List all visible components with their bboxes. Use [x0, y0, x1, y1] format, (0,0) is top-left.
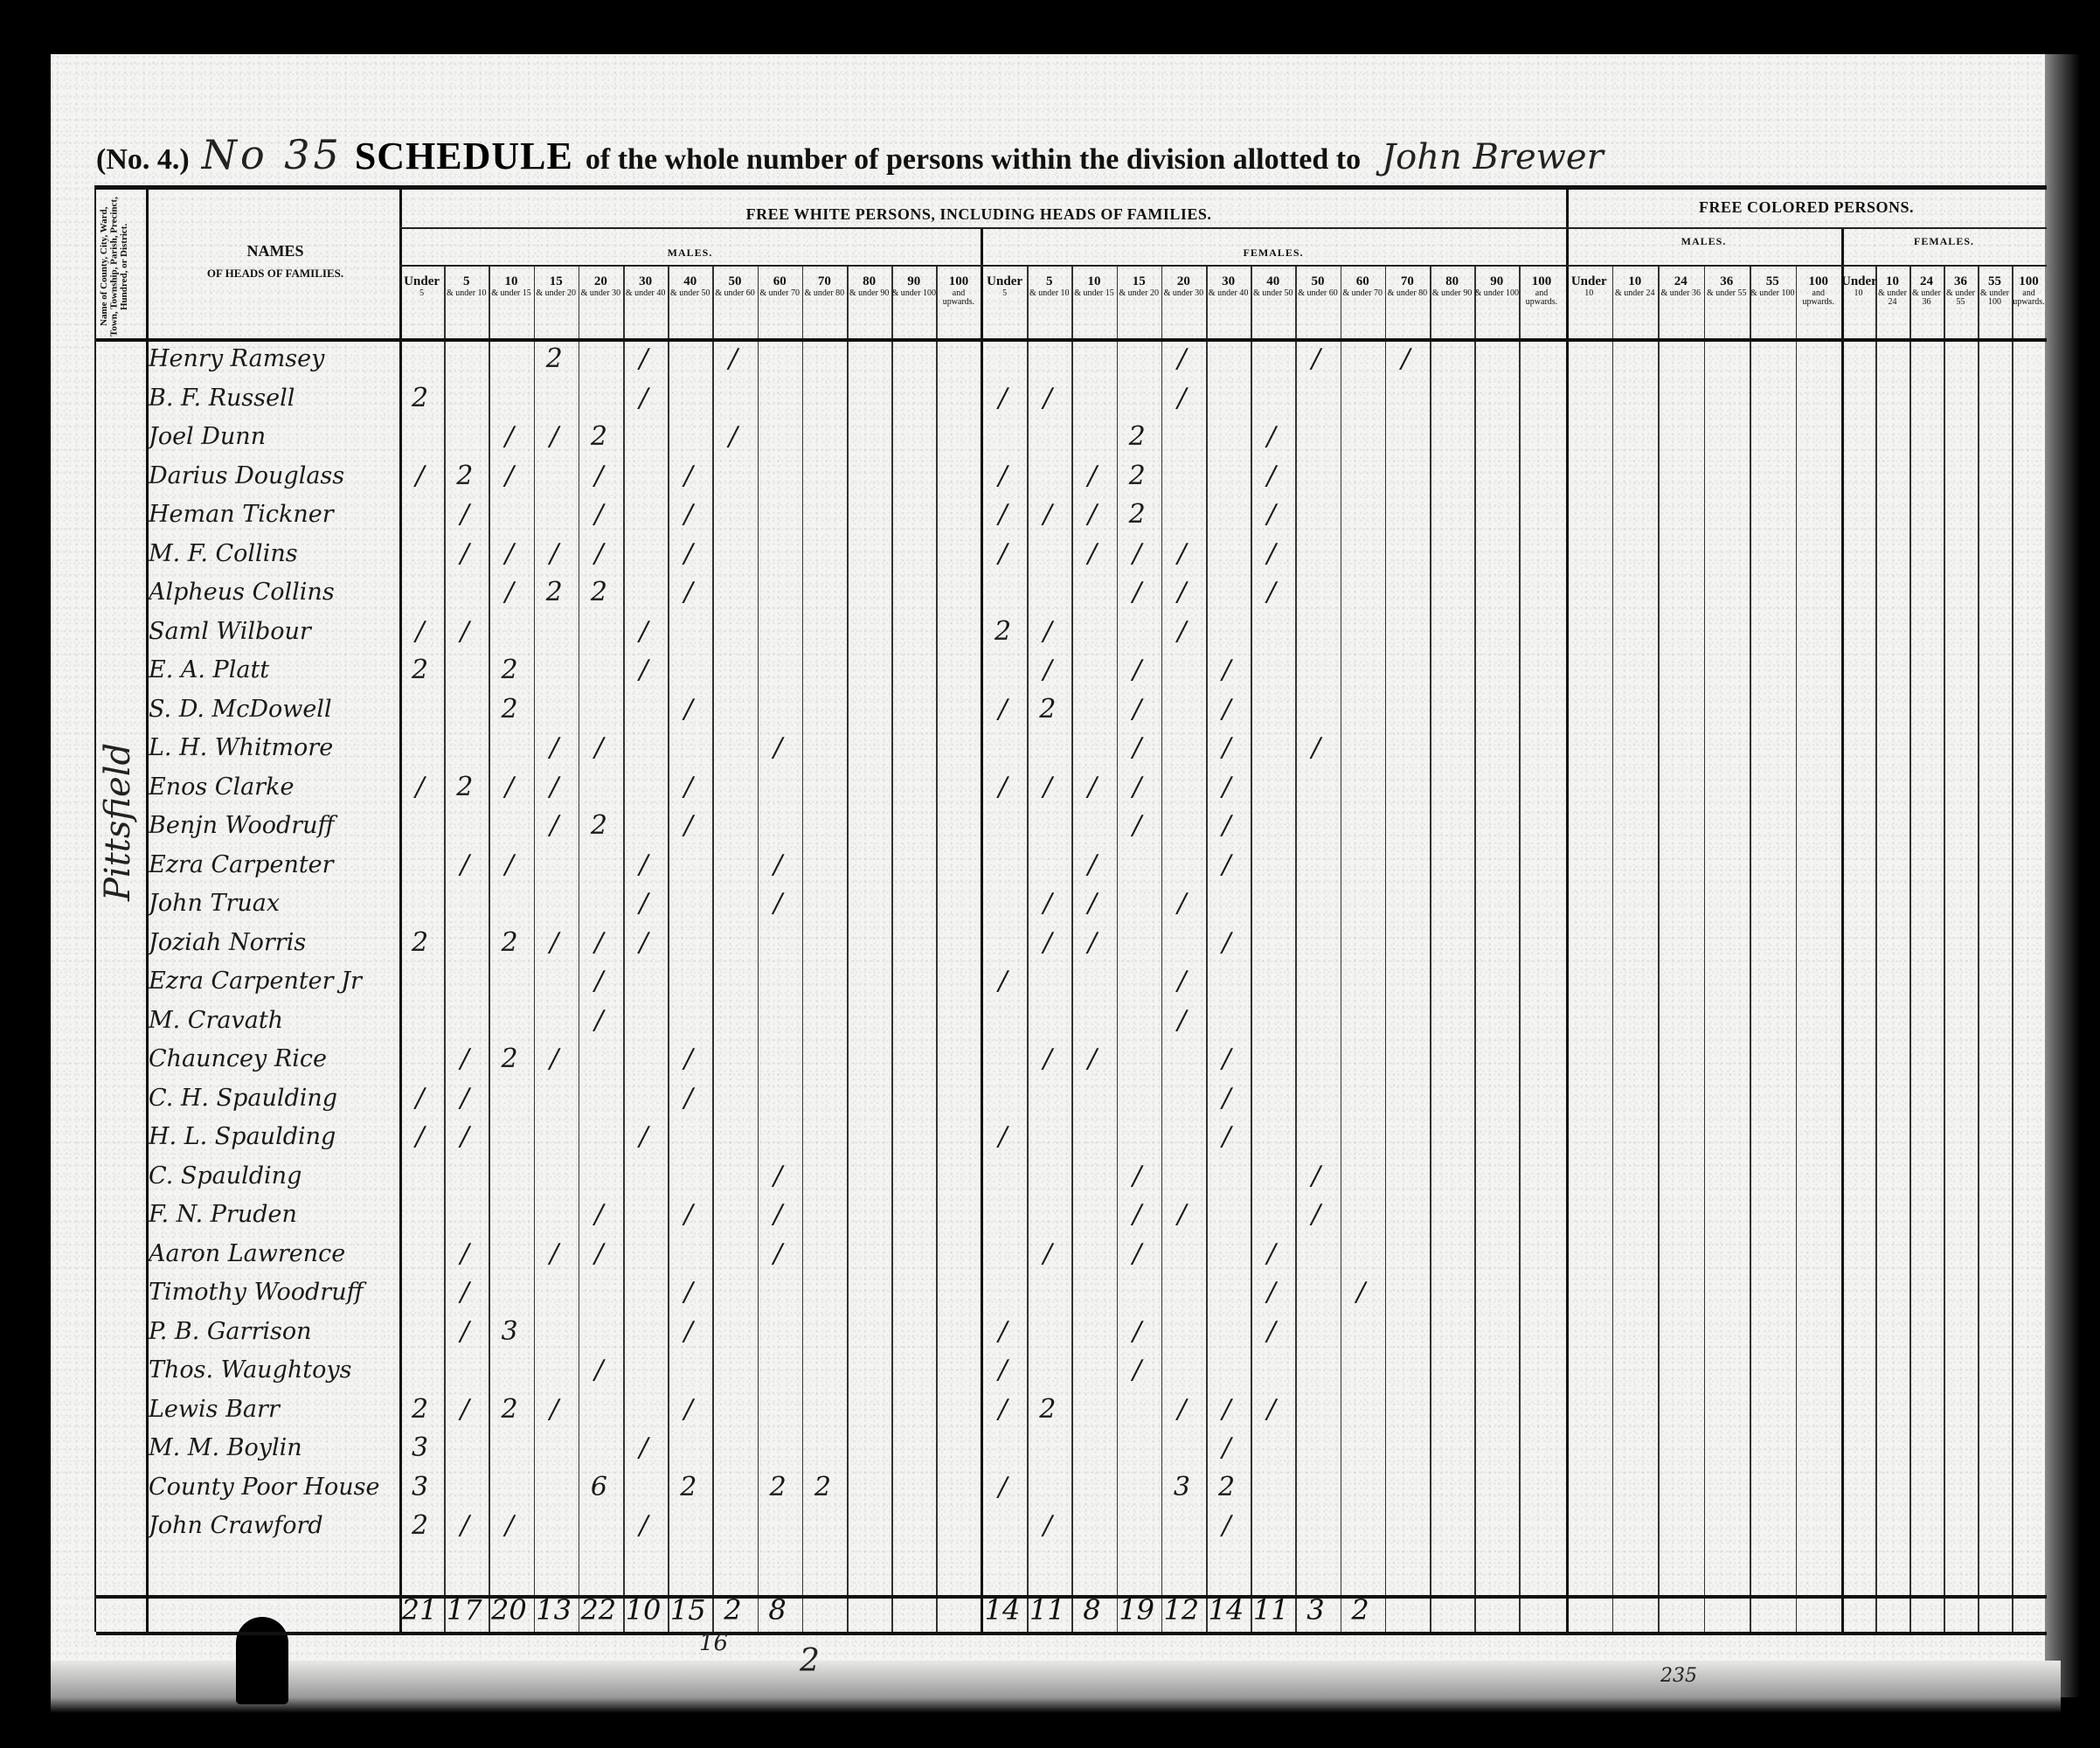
white-male-count: /: [621, 1508, 666, 1544]
white-female-age-column-header: 100and upwards.: [1519, 275, 1563, 308]
white-female-total: 8: [1070, 1592, 1113, 1627]
white-female-age-column-header: 15& under 20: [1117, 275, 1161, 298]
white-female-count: /: [1249, 419, 1293, 455]
white-male-count: /: [621, 1430, 666, 1467]
white-female-count: /: [1070, 536, 1114, 572]
white-male-age-column-header: 20& under 30: [579, 275, 623, 298]
white-male-count: /: [442, 1508, 487, 1544]
white-male-count: 6: [577, 1469, 621, 1506]
white-female-count: /: [1204, 847, 1249, 884]
handwritten-page-number: No 35: [202, 131, 343, 178]
white-female-total: 3: [1293, 1592, 1337, 1627]
white-female-count: /: [1204, 925, 1249, 961]
white-male-count: /: [756, 730, 800, 766]
white-male-count: /: [577, 730, 621, 766]
white-male-count: 2: [577, 419, 621, 455]
white-male-count: /: [710, 419, 755, 455]
column-rule: [1295, 265, 1297, 1632]
white-female-count: /: [1204, 769, 1249, 806]
age-range-end: & under 40: [623, 289, 668, 299]
white-female-count: /: [1025, 1041, 1070, 1078]
white-female-count: /: [1115, 1197, 1160, 1233]
white-female-count: /: [1204, 652, 1249, 689]
age-range-start: 20: [1161, 275, 1206, 289]
head-of-family-name: Thos. Waughtoys: [149, 1352, 398, 1389]
white-male-count: /: [442, 1314, 487, 1350]
white-female-count: /: [1160, 574, 1204, 611]
white-male-count: /: [621, 847, 666, 884]
white-female-count: /: [1383, 341, 1428, 378]
white-male-age-column-header: 10& under 15: [489, 275, 533, 298]
white-female-total: 12: [1160, 1592, 1203, 1627]
white-female-count: /: [1115, 691, 1160, 728]
place-column-header: Name of County, City, Ward, Town, Townsh…: [100, 197, 143, 336]
white-female-age-column-header: 30& under 40: [1206, 275, 1251, 298]
free-white-header: FREE WHITE PERSONS, INCLUDING HEADS OF F…: [402, 205, 1556, 224]
age-range-start: 36: [1944, 275, 1978, 289]
white-male-count: /: [577, 458, 621, 495]
white-male-count: /: [756, 847, 800, 884]
white-female-count: /: [1160, 1197, 1204, 1233]
column-rule: [1566, 190, 1569, 1632]
white-male-count: /: [666, 574, 710, 611]
white-female-count: 2: [981, 614, 1025, 650]
white-male-count: 2: [532, 574, 577, 611]
head-of-family-name: Timothy Woodruff: [149, 1274, 398, 1311]
white-male-count: 2: [398, 652, 442, 689]
age-range-end: and upwards.: [936, 289, 981, 308]
head-of-family-name: S. D. McDowell: [149, 691, 398, 728]
white-female-count: /: [1160, 614, 1204, 650]
white-male-age-column-header: Under5: [399, 275, 444, 298]
colored-male-age-column-header: 10& under 24: [1612, 275, 1659, 298]
schedule-heading: SCHEDULE: [355, 134, 573, 178]
white-male-count: /: [621, 925, 666, 961]
white-male-count: 3: [487, 1314, 531, 1350]
age-range-end: 10: [1841, 289, 1875, 299]
white-female-count: /: [1204, 1080, 1249, 1117]
head-of-family-name: P. B. Garrison: [149, 1314, 398, 1350]
white-male-count: 3: [398, 1469, 442, 1506]
head-of-family-name: M. Cravath: [149, 1002, 398, 1039]
white-male-total: 8: [756, 1592, 800, 1627]
age-range-end: & under 90: [1430, 289, 1474, 299]
column-rule: [1978, 265, 1979, 1632]
age-range-end: & under 100: [891, 289, 936, 299]
white-male-age-column-header: 40& under 50: [668, 275, 712, 298]
age-range-start: 20: [579, 275, 623, 289]
white-female-count: /: [1339, 1274, 1383, 1311]
white-male-count: /: [577, 925, 621, 961]
white-female-count: 2: [1204, 1469, 1249, 1506]
white-male-count: /: [532, 808, 577, 844]
age-range-end: & under 40: [1206, 289, 1251, 299]
white-male-count: /: [532, 1391, 577, 1428]
white-male-age-column-header: 30& under 40: [623, 275, 668, 298]
age-range-start: 5: [1027, 275, 1071, 289]
white-male-count: /: [398, 458, 442, 495]
schedule-title: (No. 4.) No 35 SCHEDULE of the whole num…: [96, 131, 2019, 184]
white-male-count: /: [756, 1236, 800, 1273]
white-female-count: /: [1115, 536, 1160, 572]
white-male-count: /: [532, 1236, 577, 1273]
age-range-start: 100: [2012, 275, 2046, 289]
white-male-age-column-header: 5& under 10: [444, 275, 489, 298]
white-female-age-column-header: 90& under 100: [1474, 275, 1519, 298]
head-of-family-name: Ezra Carpenter: [149, 847, 398, 884]
white-female-count: /: [1025, 1236, 1070, 1273]
white-male-count: /: [442, 1274, 487, 1311]
white-male-count: /: [398, 769, 442, 806]
age-range-end: & under 30: [579, 289, 623, 299]
head-of-family-name: M. F. Collins: [149, 536, 398, 572]
age-range-end: & under 24: [1612, 289, 1659, 299]
colored-male-age-column-header: 100and upwards.: [1796, 275, 1842, 308]
white-male-count: /: [487, 1508, 531, 1544]
colored-female-age-column-header: 55& under 100: [1978, 275, 2012, 308]
white-male-count: 2: [487, 1391, 531, 1428]
column-note: 16: [699, 1630, 728, 1656]
row-rule: [96, 1632, 2047, 1635]
head-of-family-name: Aaron Lawrence: [149, 1236, 398, 1273]
white-male-count: /: [442, 1041, 487, 1078]
white-male-count: /: [621, 885, 666, 922]
white-female-age-column-header: 50& under 60: [1295, 275, 1340, 298]
column-rule: [758, 265, 759, 1632]
white-female-age-column-header: 70& under 80: [1385, 275, 1430, 298]
white-female-total: 11: [1249, 1592, 1293, 1627]
white-female-count: /: [1115, 1158, 1160, 1195]
column-rule: [1341, 265, 1342, 1632]
white-female-count: /: [1070, 1041, 1114, 1078]
head-of-family-name: F. N. Pruden: [149, 1197, 398, 1233]
age-range-start: 36: [1704, 275, 1750, 289]
white-male-total: 2: [710, 1592, 754, 1627]
white-male-count: 2: [398, 380, 442, 417]
white-female-count: /: [1204, 691, 1249, 728]
head-of-family-name: Lewis Barr: [149, 1391, 398, 1428]
white-male-count: /: [532, 925, 577, 961]
age-range-start: Under: [399, 275, 444, 289]
white-female-count: 2: [1025, 1391, 1070, 1428]
age-range-end: & under 36: [1658, 289, 1704, 299]
white-female-count: /: [1115, 1314, 1160, 1350]
white-female-age-column-header: Under5: [982, 275, 1027, 298]
white-male-count: /: [532, 1041, 577, 1078]
white-female-count: 2: [1115, 419, 1160, 455]
age-range-start: 90: [891, 275, 936, 289]
white-male-total: 21: [398, 1592, 441, 1627]
head-of-family-name: County Poor House: [149, 1469, 398, 1506]
head-of-family-name: H. L. Spaulding: [149, 1119, 398, 1155]
white-male-count: /: [532, 769, 577, 806]
colored-male-age-column-header: 24& under 36: [1658, 275, 1704, 298]
age-range-end: & under 10: [444, 289, 489, 299]
white-female-count: /: [1160, 536, 1204, 572]
white-female-count: /: [1070, 847, 1114, 884]
age-range-start: 60: [1341, 275, 1385, 289]
column-rule: [1704, 265, 1706, 1632]
white-female-count: /: [981, 458, 1025, 495]
age-range-start: 55: [1978, 275, 2012, 289]
white-female-count: /: [1025, 885, 1070, 922]
white-female-count: /: [1204, 1041, 1249, 1078]
white-female-age-column-header: 40& under 50: [1251, 275, 1295, 298]
age-range-start: 80: [847, 275, 891, 289]
white-female-count: /: [1249, 574, 1293, 611]
head-of-family-name: E. A. Platt: [149, 652, 398, 689]
colored-female-age-column-header: Under10: [1841, 275, 1875, 298]
white-male-count: /: [487, 419, 531, 455]
white-female-total: 19: [1115, 1592, 1159, 1627]
age-range-end: 10: [1566, 289, 1612, 299]
row-rule: [399, 227, 2047, 229]
age-range-end: & under 100: [1474, 289, 1519, 299]
white-female-count: /: [1115, 730, 1160, 766]
white-female-count: /: [1160, 1391, 1204, 1428]
age-range-start: 24: [1658, 275, 1704, 289]
age-range-end: & under 100: [1978, 289, 2012, 308]
age-range-end: & under 55: [1944, 289, 1978, 308]
age-range-end: & under 50: [1251, 289, 1295, 299]
white-male-count: /: [621, 341, 666, 378]
white-male-count: 3: [398, 1430, 442, 1467]
column-rule: [1430, 265, 1431, 1632]
white-male-age-column-header: 90& under 100: [891, 275, 936, 298]
age-range-start: 70: [1385, 275, 1430, 289]
white-male-age-column-header: 100and upwards.: [936, 275, 981, 308]
white-female-count: /: [1115, 652, 1160, 689]
age-range-start: 40: [668, 275, 712, 289]
white-female-age-column-header: 5& under 10: [1027, 275, 1071, 298]
white-male-total: 15: [666, 1592, 710, 1627]
white-male-count: /: [442, 1119, 487, 1155]
head-of-family-name: B. F. Russell: [149, 380, 398, 417]
white-female-count: /: [1025, 380, 1070, 417]
white-female-count: /: [981, 536, 1025, 572]
white-female-count: /: [1070, 769, 1114, 806]
age-range-end: & under 20: [1117, 289, 1161, 299]
age-range-end: & under 90: [847, 289, 891, 299]
white-female-age-column-header: 20& under 30: [1161, 275, 1206, 298]
white-female-count: /: [1160, 1002, 1204, 1039]
white-male-count: /: [577, 536, 621, 572]
column-rule: [2012, 265, 2013, 1632]
white-male-count: /: [577, 963, 621, 1000]
white-male-count: /: [756, 1197, 800, 1233]
age-range-end: & under 60: [1295, 289, 1340, 299]
head-of-family-name: Chauncey Rice: [149, 1041, 398, 1078]
white-female-count: /: [1204, 730, 1249, 766]
age-range-end: & under 20: [534, 289, 579, 299]
white-female-count: /: [1293, 1197, 1338, 1233]
white-male-age-column-header: 80& under 90: [847, 275, 891, 298]
age-range-start: 15: [1117, 275, 1161, 289]
column-rule: [891, 265, 893, 1632]
age-range-end: and upwards.: [1519, 289, 1563, 308]
column-rule: [1474, 265, 1476, 1632]
age-range-end: & under 10: [1027, 289, 1071, 299]
age-range-start: 50: [712, 275, 757, 289]
column-rule: [712, 265, 714, 1632]
age-range-start: 30: [623, 275, 668, 289]
white-female-count: /: [981, 1391, 1025, 1428]
age-range-start: Under: [1841, 275, 1875, 289]
white-female-count: /: [1204, 1119, 1249, 1155]
names-header: NAMES: [157, 242, 393, 260]
column-rule: [802, 265, 804, 1632]
white-female-count: /: [1025, 1508, 1070, 1544]
head-of-family-name: Ezra Carpenter Jr: [149, 963, 398, 1000]
age-range-start: 24: [1909, 275, 1944, 289]
white-females-header: FEMALES.: [981, 246, 1566, 260]
white-female-count: /: [1070, 496, 1114, 533]
white-female-count: /: [1249, 1391, 1293, 1428]
age-range-start: 10: [1875, 275, 1909, 289]
white-male-count: /: [442, 496, 487, 533]
white-female-count: /: [981, 1352, 1025, 1389]
white-male-count: 2: [532, 341, 577, 378]
colored-male-age-column-header: Under10: [1566, 275, 1612, 298]
white-male-count: /: [666, 808, 710, 844]
white-male-count: /: [756, 885, 800, 922]
age-range-end: and upwards.: [1796, 289, 1842, 308]
white-male-count: /: [442, 1391, 487, 1428]
white-male-count: /: [442, 847, 487, 884]
white-female-count: /: [1293, 341, 1338, 378]
white-female-count: /: [981, 1119, 1025, 1155]
white-male-count: /: [577, 1352, 621, 1389]
free-colored-header: FREE COLORED PERSONS.: [1566, 198, 2047, 217]
white-female-total: 11: [1025, 1592, 1069, 1627]
age-range-end: & under 70: [1341, 289, 1385, 299]
white-male-count: /: [577, 1236, 621, 1273]
white-female-count: /: [1293, 1158, 1338, 1195]
white-male-count: 2: [442, 458, 487, 495]
white-female-count: /: [1160, 885, 1204, 922]
column-rule: [1944, 265, 1945, 1632]
white-male-count: /: [621, 614, 666, 650]
age-range-start: 100: [1519, 275, 1563, 289]
age-range-start: 55: [1750, 275, 1796, 289]
white-female-count: 2: [1025, 691, 1070, 728]
white-female-count: /: [1070, 885, 1114, 922]
white-male-total: 13: [532, 1592, 576, 1627]
white-male-count: /: [487, 574, 531, 611]
white-male-count: /: [666, 1314, 710, 1350]
white-female-count: /: [1204, 1430, 1249, 1467]
column-rule: [1612, 265, 1614, 1632]
white-males-header: MALES.: [399, 246, 981, 260]
white-male-total: 17: [442, 1592, 486, 1627]
white-male-count: /: [756, 1158, 800, 1195]
white-female-total: 2: [1339, 1592, 1383, 1627]
age-range-start: 80: [1430, 275, 1474, 289]
head-of-family-name: C. H. Spaulding: [149, 1080, 398, 1117]
white-male-count: 2: [800, 1469, 845, 1506]
head-of-family-name: C. Spaulding: [149, 1158, 398, 1195]
white-male-count: /: [532, 536, 577, 572]
white-male-count: 2: [398, 925, 442, 961]
white-male-age-column-header: 15& under 20: [534, 275, 579, 298]
age-range-end: & under 30: [1161, 289, 1206, 299]
white-female-count: /: [1249, 496, 1293, 533]
head-of-family-name: Benjn Woodruff: [149, 808, 398, 844]
age-range-end: 5: [982, 289, 1027, 299]
white-female-count: /: [981, 963, 1025, 1000]
white-female-count: /: [1115, 1236, 1160, 1273]
white-male-count: /: [487, 458, 531, 495]
white-male-count: /: [666, 1274, 710, 1311]
age-range-start: 50: [1295, 275, 1340, 289]
head-of-family-name: Saml Wilbour: [149, 614, 398, 650]
age-range-start: 10: [1612, 275, 1659, 289]
white-male-count: /: [577, 1197, 621, 1233]
white-male-count: 2: [577, 574, 621, 611]
white-male-count: /: [487, 769, 531, 806]
white-male-count: /: [666, 496, 710, 533]
age-range-start: 10: [1071, 275, 1116, 289]
white-female-total: 14: [1204, 1592, 1248, 1627]
white-male-count: /: [666, 1041, 710, 1078]
white-male-count: /: [577, 1002, 621, 1039]
colored-males-header: MALES.: [1566, 235, 1841, 248]
age-range-end: & under 15: [489, 289, 533, 299]
white-female-age-column-header: 10& under 15: [1071, 275, 1116, 298]
age-range-end: & under 15: [1071, 289, 1116, 299]
white-male-count: /: [621, 1119, 666, 1155]
white-male-count: 2: [577, 808, 621, 844]
column-rule: [847, 265, 849, 1632]
schedule-description: of the whole number of persons within th…: [586, 143, 1361, 177]
white-male-count: /: [398, 614, 442, 650]
white-female-count: /: [1249, 1274, 1293, 1311]
head-of-family-name: Darius Douglass: [149, 458, 398, 495]
age-range-start: 100: [936, 275, 981, 289]
white-male-total: 20: [487, 1592, 530, 1627]
white-male-count: /: [532, 419, 577, 455]
white-male-count: /: [487, 847, 531, 884]
age-range-start: 90: [1474, 275, 1519, 289]
names-subheader: OF HEADS OF FAMILIES.: [149, 267, 402, 281]
colored-male-age-column-header: 36& under 55: [1704, 275, 1750, 298]
white-female-total: 14: [981, 1592, 1024, 1627]
white-female-count: 3: [1160, 1469, 1204, 1506]
head-of-family-name: Henry Ramsey: [149, 341, 398, 378]
head-of-family-name: John Truax: [149, 885, 398, 922]
white-male-count: /: [577, 496, 621, 533]
white-female-count: /: [1204, 808, 1249, 844]
white-female-count: /: [981, 496, 1025, 533]
column-rule: [1875, 265, 1877, 1632]
column-rule: [1750, 265, 1751, 1632]
white-female-count: 2: [1115, 458, 1160, 495]
white-male-count: /: [442, 614, 487, 650]
white-male-count: /: [442, 1236, 487, 1273]
white-male-count: /: [666, 1197, 710, 1233]
white-male-count: /: [532, 730, 577, 766]
white-female-count: /: [1249, 536, 1293, 572]
white-male-count: 2: [487, 691, 531, 728]
white-female-count: /: [1160, 380, 1204, 417]
head-of-family-name: M. M. Boylin: [149, 1430, 398, 1467]
head-of-family-name: John Crawford: [149, 1508, 398, 1544]
age-range-start: 10: [489, 275, 533, 289]
column-rule: [1841, 227, 1844, 1632]
white-female-count: /: [1115, 574, 1160, 611]
white-male-count: 2: [487, 1041, 531, 1078]
white-male-count: 2: [756, 1469, 800, 1506]
